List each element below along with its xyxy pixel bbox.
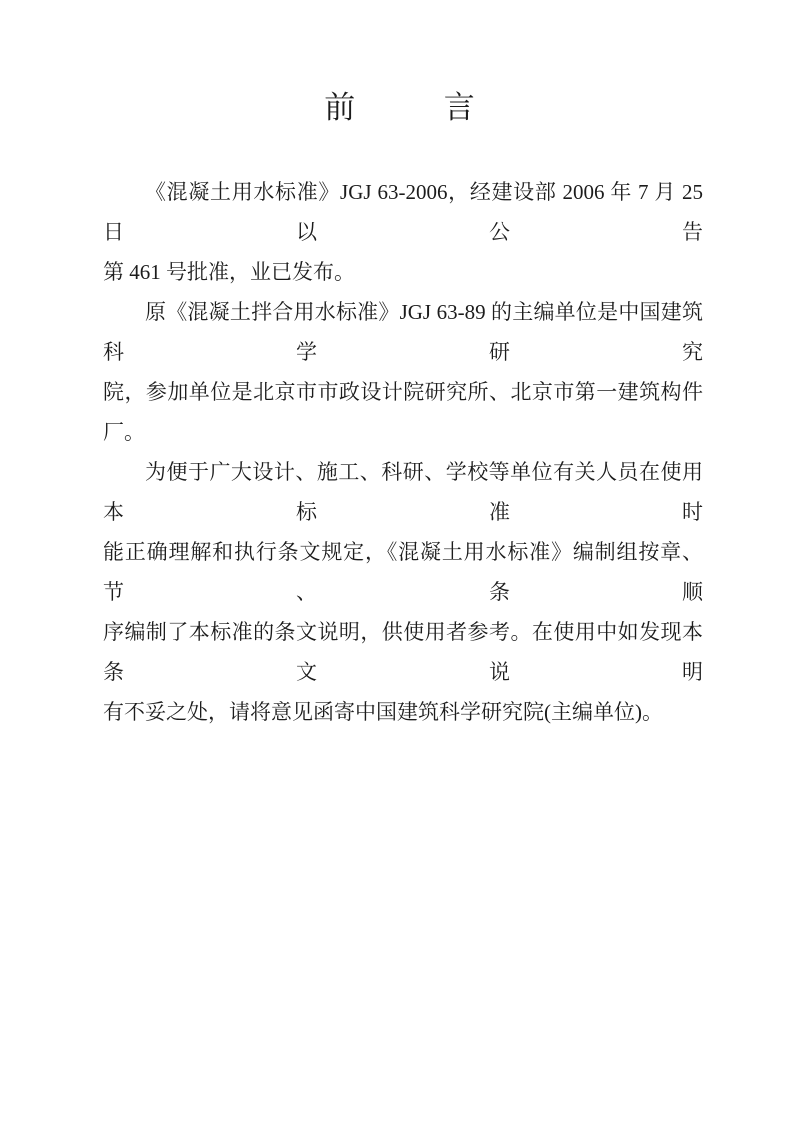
document-page: 前 言 《混凝土用水标准》JGJ 63-2006，经建设部 2006 年 7 月…: [0, 0, 800, 1131]
paragraph-approval: 《混凝土用水标准》JGJ 63-2006，经建设部 2006 年 7 月 25 …: [103, 172, 703, 292]
text-line: 院，参加单位是北京市市政设计院研究所、北京市第一建筑构件厂。: [103, 372, 703, 452]
text-line: 能正确理解和执行条文规定，《混凝土用水标准》编制组按章、节、条顺: [103, 532, 703, 612]
text-line: 原《混凝土拌合用水标准》JGJ 63-89 的主编单位是中国建筑科学研究: [103, 292, 703, 372]
text-line: 有不妥之处，请将意见函寄中国建筑科学研究院(主编单位)。: [103, 692, 703, 732]
page-title: 前 言: [0, 88, 800, 128]
paragraph-original-editors: 原《混凝土拌合用水标准》JGJ 63-89 的主编单位是中国建筑科学研究 院，参…: [103, 292, 703, 452]
text-line: 第 461 号批准，业已发布。: [103, 252, 703, 292]
document-body: 《混凝土用水标准》JGJ 63-2006，经建设部 2006 年 7 月 25 …: [103, 172, 703, 732]
text-line: 序编制了本标准的条文说明，供使用者参考。在使用中如发现本条文说明: [103, 612, 703, 692]
text-line: 《混凝土用水标准》JGJ 63-2006，经建设部 2006 年 7 月 25 …: [103, 172, 703, 252]
paragraph-usage-note: 为便于广大设计、施工、科研、学校等单位有关人员在使用本标准时 能正确理解和执行条…: [103, 452, 703, 732]
text-line: 为便于广大设计、施工、科研、学校等单位有关人员在使用本标准时: [103, 452, 703, 532]
